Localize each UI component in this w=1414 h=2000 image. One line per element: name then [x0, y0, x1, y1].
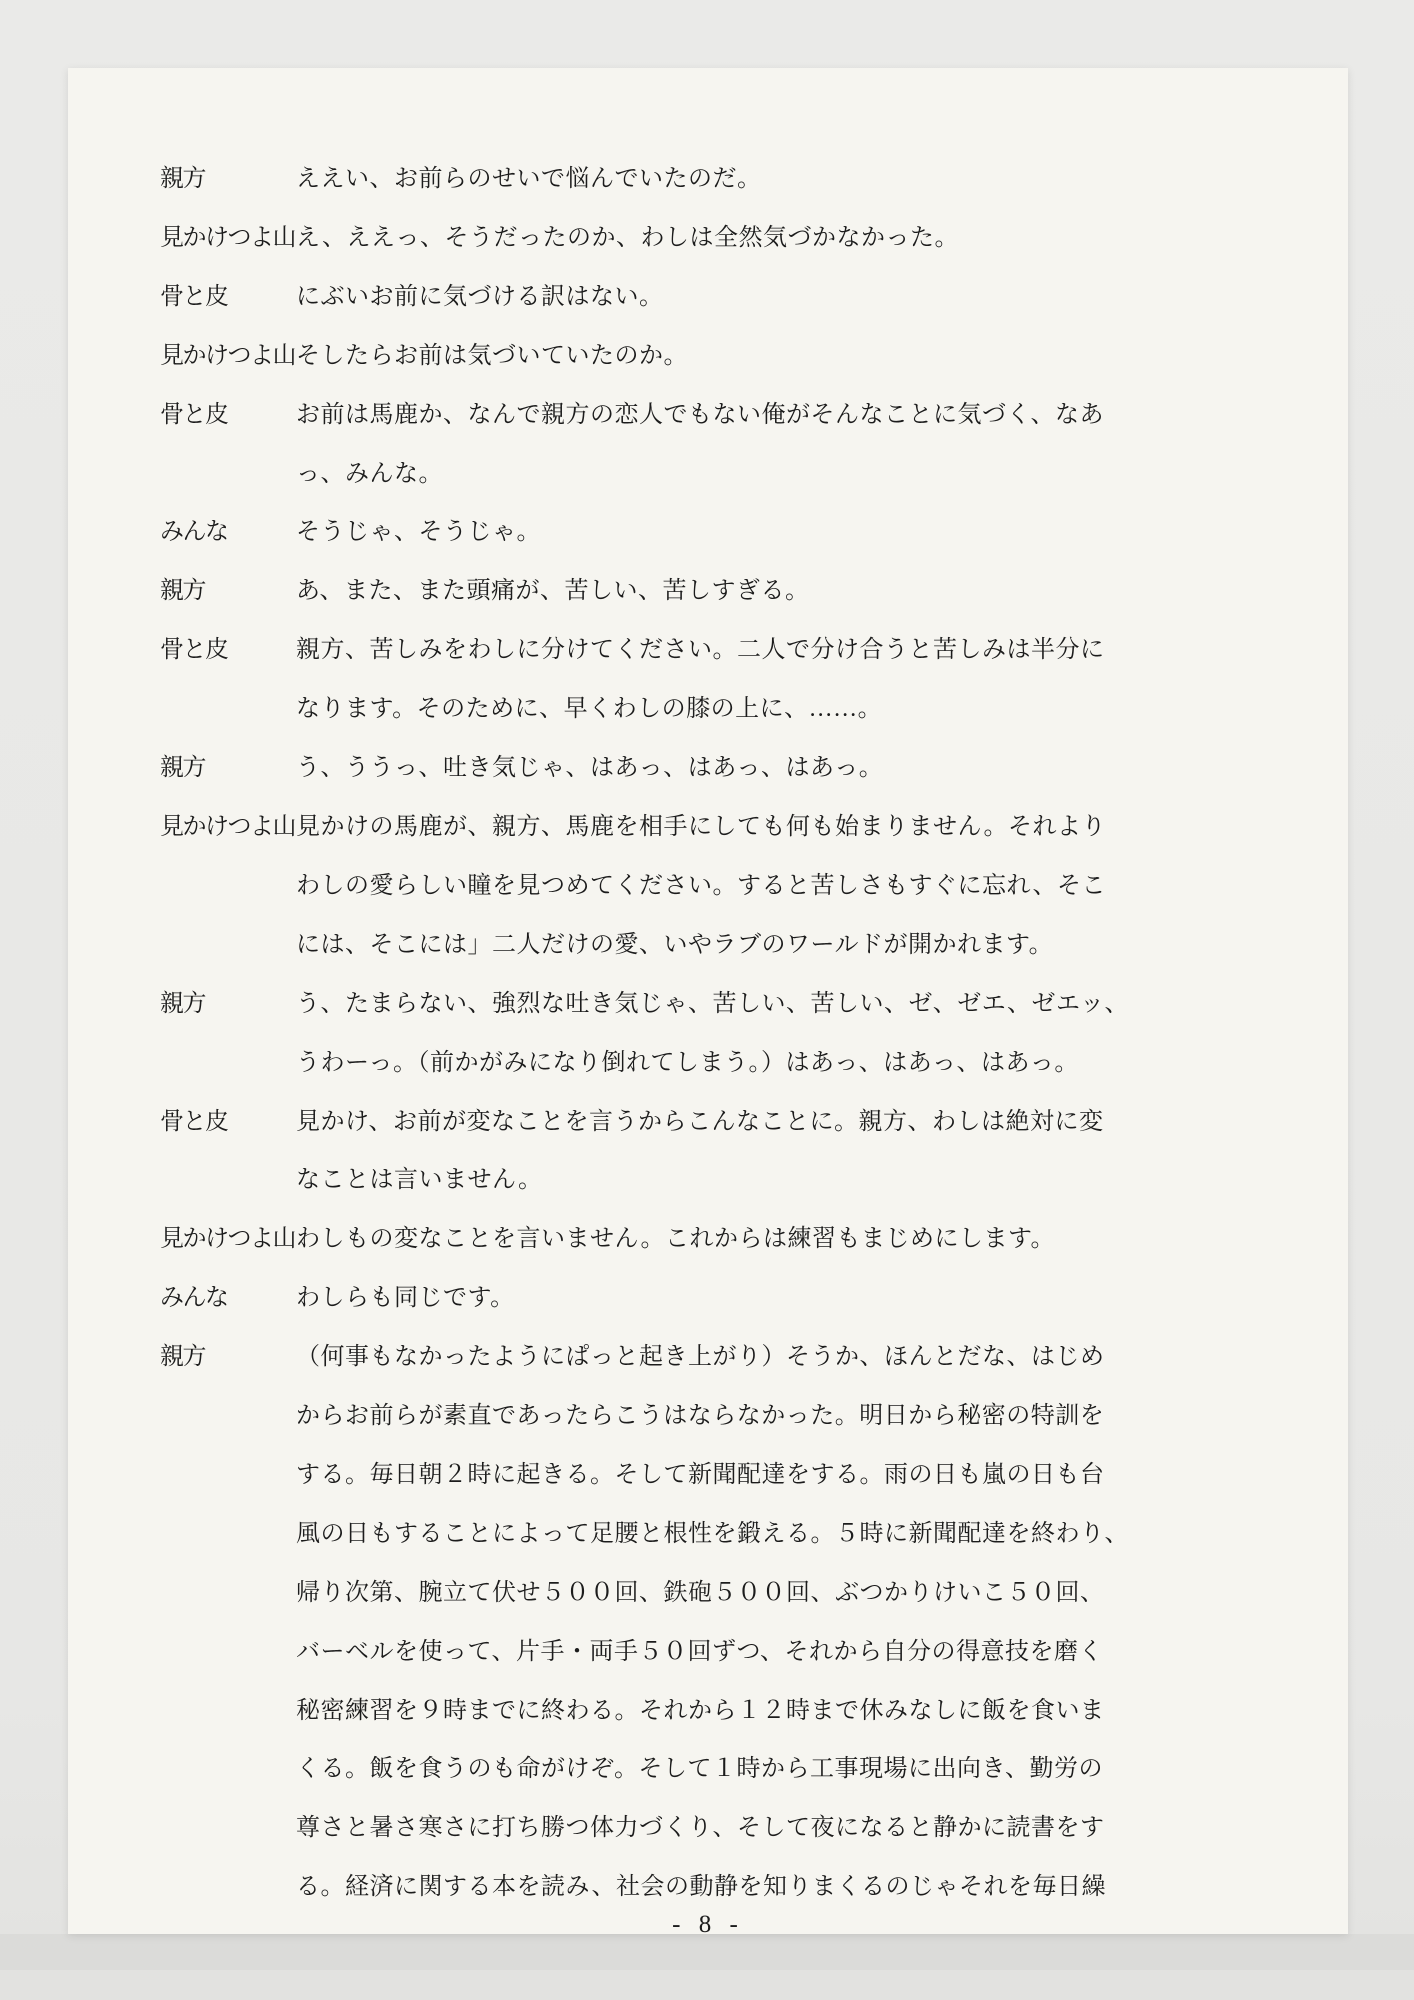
dialogue-lines: そうじゃ、そうじゃ。	[296, 503, 1308, 562]
dialogue-entry: 見かけつよ山 そしたらお前は気づいていたのか。	[160, 327, 1308, 386]
dialogue-line: 秘密練習を９時までに終わる。それから１２時まで休みなしに飯を食いま	[296, 1682, 1308, 1741]
dialogue-list: 親方 ええい、お前らのせいで悩んでいたのだ。 見かけつよ山 え、ええっ、そうだっ…	[160, 150, 1308, 1917]
speaker-name: 骨と皮	[160, 1093, 296, 1152]
dialogue-line: くる。飯を食うのも命がけぞ。そして１時から工事現場に出向き、勤労の	[296, 1740, 1308, 1799]
dialogue-line: する。毎日朝２時に起きる。そして新聞配達をする。雨の日も嵐の日も台	[296, 1446, 1308, 1505]
dialogue-lines: お前は馬鹿か、なんで親方の恋人でもない俺がそんなことに気づく、なあっ、みんな。	[296, 386, 1308, 504]
dialogue-lines: （何事もなかったようにぱっと起き上がり）そうか、ほんとだな、はじめからお前らが素…	[296, 1328, 1308, 1917]
dialogue-lines: そしたらお前は気づいていたのか。	[296, 327, 1308, 386]
dialogue-line: え、ええっ、そうだったのか、わしは全然気づかなかった。	[296, 209, 1308, 268]
document-page-background: 親方 ええい、お前らのせいで悩んでいたのだ。 見かけつよ山 え、ええっ、そうだっ…	[0, 0, 1414, 2000]
dialogue-line: そうじゃ、そうじゃ。	[296, 503, 1308, 562]
speaker-name: 骨と皮	[160, 621, 296, 680]
dialogue-line: わしらも同じです。	[296, 1269, 1308, 1328]
dialogue-lines: わしらも同じです。	[296, 1269, 1308, 1328]
speaker-name: 親方	[160, 150, 296, 209]
dialogue-entry: みんな わしらも同じです。	[160, 1269, 1308, 1328]
dialogue-line: （何事もなかったようにぱっと起き上がり）そうか、ほんとだな、はじめ	[296, 1328, 1308, 1387]
dialogue-line: バーベルを使って、片手・両手５０回ずつ、それから自分の得意技を磨く	[296, 1623, 1308, 1682]
dialogue-line: う、たまらない、強烈な吐き気じゃ、苦しい、苦しい、ゼ、ゼエ、ゼエッ、	[296, 975, 1308, 1034]
dialogue-line: わしもの変なことを言いません。これからは練習もまじめにします。	[296, 1210, 1308, 1269]
page-number: - 8 -	[68, 1911, 1348, 1939]
dialogue-line: る。経済に関する本を読み、社会の動静を知りまくるのじゃそれを毎日繰	[296, 1858, 1308, 1917]
speaker-name: 親方	[160, 739, 296, 798]
dialogue-entry: 骨と皮 親方、苦しみをわしに分けてください。二人で分け合うと苦しみは半分になりま…	[160, 621, 1308, 739]
dialogue-entry: 親方 う、たまらない、強烈な吐き気じゃ、苦しい、苦しい、ゼ、ゼエ、ゼエッ、うわー…	[160, 975, 1308, 1093]
dialogue-line: には、そこには」二人だけの愛、いやラブのワールドが開かれます。	[296, 916, 1308, 975]
dialogue-line: からお前らが素直であったらこうはならなかった。明日から秘密の特訓を	[296, 1387, 1308, 1446]
speaker-name: 親方	[160, 1328, 296, 1387]
dialogue-line: 風の日もすることによって足腰と根性を鍛える。５時に新聞配達を終わり、	[296, 1505, 1308, 1564]
dialogue-line: 見かけの馬鹿が、親方、馬鹿を相手にしても何も始まりません。それより	[296, 798, 1308, 857]
dialogue-lines: 見かけ、お前が変なことを言うからこんなことに。親方、わしは絶対に変なことは言いま…	[296, 1093, 1308, 1211]
dialogue-lines: ええい、お前らのせいで悩んでいたのだ。	[296, 150, 1308, 209]
speaker-name: 見かけつよ山	[160, 798, 296, 857]
speaker-name: みんな	[160, 503, 296, 562]
dialogue-line: なります。そのために、早くわしの膝の上に、……。	[296, 680, 1308, 739]
dialogue-line: にぶいお前に気づける訳はない。	[296, 268, 1308, 327]
speaker-name: 見かけつよ山	[160, 1210, 296, 1269]
speaker-name: 骨と皮	[160, 268, 296, 327]
dialogue-lines: う、たまらない、強烈な吐き気じゃ、苦しい、苦しい、ゼ、ゼエ、ゼエッ、うわーっ。（…	[296, 975, 1308, 1093]
speaker-name: 親方	[160, 562, 296, 621]
dialogue-entry: 見かけつよ山 わしもの変なことを言いません。これからは練習もまじめにします。	[160, 1210, 1308, 1269]
dialogue-line: そしたらお前は気づいていたのか。	[296, 327, 1308, 386]
dialogue-entry: 見かけつよ山 見かけの馬鹿が、親方、馬鹿を相手にしても何も始まりません。それより…	[160, 798, 1308, 975]
dialogue-line: うわーっ。（前かがみになり倒れてしまう。）はあっ、はあっ、はあっ。	[296, 1034, 1308, 1093]
dialogue-entry: 親方 う、ううっ、吐き気じゃ、はあっ、はあっ、はあっ。	[160, 739, 1308, 798]
dialogue-entry: 親方 ええい、お前らのせいで悩んでいたのだ。	[160, 150, 1308, 209]
dialogue-entry: 親方 （何事もなかったようにぱっと起き上がり）そうか、ほんとだな、はじめからお前…	[160, 1328, 1308, 1917]
dialogue-entry: 見かけつよ山 え、ええっ、そうだったのか、わしは全然気づかなかった。	[160, 209, 1308, 268]
dialogue-lines: う、ううっ、吐き気じゃ、はあっ、はあっ、はあっ。	[296, 739, 1308, 798]
dialogue-entry: みんな そうじゃ、そうじゃ。	[160, 503, 1308, 562]
dialogue-entry: 骨と皮 お前は馬鹿か、なんで親方の恋人でもない俺がそんなことに気づく、なあっ、み…	[160, 386, 1308, 504]
dialogue-line: っ、みんな。	[296, 445, 1308, 504]
dialogue-line: う、ううっ、吐き気じゃ、はあっ、はあっ、はあっ。	[296, 739, 1308, 798]
dialogue-line: 帰り次第、腕立て伏せ５００回、鉄砲５００回、ぶつかりけいこ５０回、	[296, 1564, 1308, 1623]
dialogue-entry: 骨と皮 見かけ、お前が変なことを言うからこんなことに。親方、わしは絶対に変なこと…	[160, 1093, 1308, 1211]
dialogue-lines: わしもの変なことを言いません。これからは練習もまじめにします。	[296, 1210, 1308, 1269]
dialogue-lines: 見かけの馬鹿が、親方、馬鹿を相手にしても何も始まりません。それよりわしの愛らしい…	[296, 798, 1308, 975]
dialogue-line: なことは言いません。	[296, 1151, 1308, 1210]
dialogue-lines: にぶいお前に気づける訳はない。	[296, 268, 1308, 327]
dialogue-line: わしの愛らしい瞳を見つめてください。すると苦しさもすぐに忘れ、そこ	[296, 857, 1308, 916]
script-page: 親方 ええい、お前らのせいで悩んでいたのだ。 見かけつよ山 え、ええっ、そうだっ…	[68, 68, 1348, 1934]
dialogue-line: 尊さと暑さ寒さに打ち勝つ体力づくり、そして夜になると静かに読書をす	[296, 1799, 1308, 1858]
speaker-name: 骨と皮	[160, 386, 296, 445]
dialogue-line: 親方、苦しみをわしに分けてください。二人で分け合うと苦しみは半分に	[296, 621, 1308, 680]
dialogue-line: ええい、お前らのせいで悩んでいたのだ。	[296, 150, 1308, 209]
dialogue-lines: え、ええっ、そうだったのか、わしは全然気づかなかった。	[296, 209, 1308, 268]
speaker-name: 見かけつよ山	[160, 327, 296, 386]
dialogue-entry: 骨と皮 にぶいお前に気づける訳はない。	[160, 268, 1308, 327]
dialogue-line: お前は馬鹿か、なんで親方の恋人でもない俺がそんなことに気づく、なあ	[296, 386, 1308, 445]
speaker-name: 見かけつよ山	[160, 209, 296, 268]
speaker-name: 親方	[160, 975, 296, 1034]
dialogue-lines: 親方、苦しみをわしに分けてください。二人で分け合うと苦しみは半分になります。その…	[296, 621, 1308, 739]
dialogue-line: あ、また、また頭痛が、苦しい、苦しすぎる。	[296, 562, 1308, 621]
dialogue-lines: あ、また、また頭痛が、苦しい、苦しすぎる。	[296, 562, 1308, 621]
dialogue-entry: 親方 あ、また、また頭痛が、苦しい、苦しすぎる。	[160, 562, 1308, 621]
dialogue-line: 見かけ、お前が変なことを言うからこんなことに。親方、わしは絶対に変	[296, 1093, 1308, 1152]
scan-edge-band	[0, 1934, 1414, 1970]
speaker-name: みんな	[160, 1269, 296, 1328]
